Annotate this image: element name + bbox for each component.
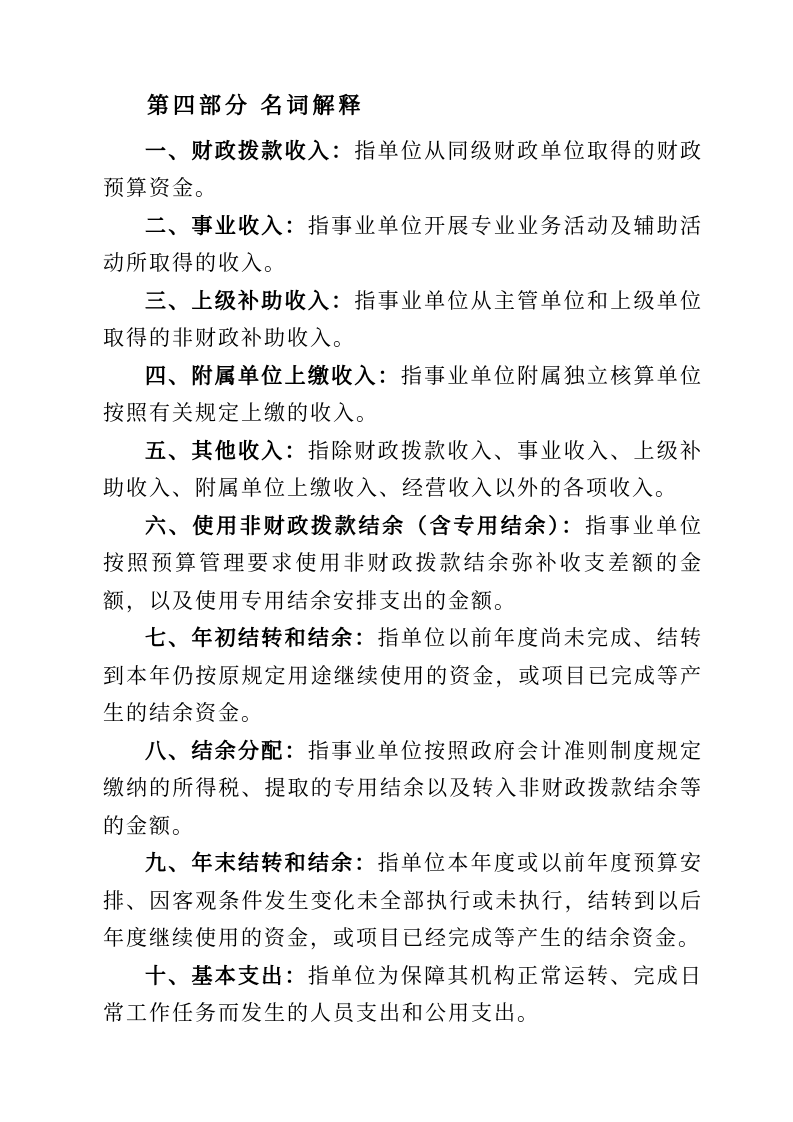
term-label: 七、年初结转和结余：	[145, 626, 378, 650]
term-label: 四、附属单位上缴收入：	[145, 364, 401, 388]
term-label: 六、使用非财政拨款结余（含专用结余）：	[145, 514, 585, 538]
term-paragraph: 五、其他收入：指除财政拨款收入、事业收入、上级补助收入、附属单位上缴收入、经营收…	[103, 433, 703, 508]
term-label: 九、年末结转和结余：	[145, 851, 378, 875]
term-label: 二、事业收入：	[145, 214, 308, 238]
term-paragraph: 十、基本支出：指单位为保障其机构正常运转、完成日常工作任务而发生的人员支出和公用…	[103, 958, 703, 1033]
term-label: 一、财政拨款收入：	[145, 139, 354, 163]
term-label: 三、上级补助收入：	[145, 289, 354, 313]
section-heading: 第四部分 名词解释	[103, 87, 703, 125]
term-paragraph: 一、财政拨款收入：指单位从同级财政单位取得的财政预算资金。	[103, 133, 703, 208]
document-page: 第四部分 名词解释 一、财政拨款收入：指单位从同级财政单位取得的财政预算资金。 …	[0, 0, 793, 1122]
term-paragraph: 四、附属单位上缴收入：指事业单位附属独立核算单位按照有关规定上缴的收入。	[103, 358, 703, 433]
term-paragraph: 二、事业收入：指事业单位开展专业业务活动及辅助活动所取得的收入。	[103, 208, 703, 283]
term-paragraph: 六、使用非财政拨款结余（含专用结余）：指事业单位按照预算管理要求使用非财政拨款结…	[103, 508, 703, 621]
term-paragraph: 八、结余分配：指事业单位按照政府会计准则制度规定缴纳的所得税、提取的专用结余以及…	[103, 733, 703, 846]
term-label: 五、其他收入：	[145, 439, 308, 463]
term-paragraph: 九、年末结转和结余：指单位本年度或以前年度预算安排、因客观条件发生变化未全部执行…	[103, 845, 703, 958]
term-paragraph: 三、上级补助收入：指事业单位从主管单位和上级单位取得的非财政补助收入。	[103, 283, 703, 358]
term-label: 八、结余分配：	[145, 739, 308, 763]
term-label: 十、基本支出：	[145, 964, 308, 988]
term-paragraph: 七、年初结转和结余：指单位以前年度尚未完成、结转到本年仍按原规定用途继续使用的资…	[103, 620, 703, 733]
